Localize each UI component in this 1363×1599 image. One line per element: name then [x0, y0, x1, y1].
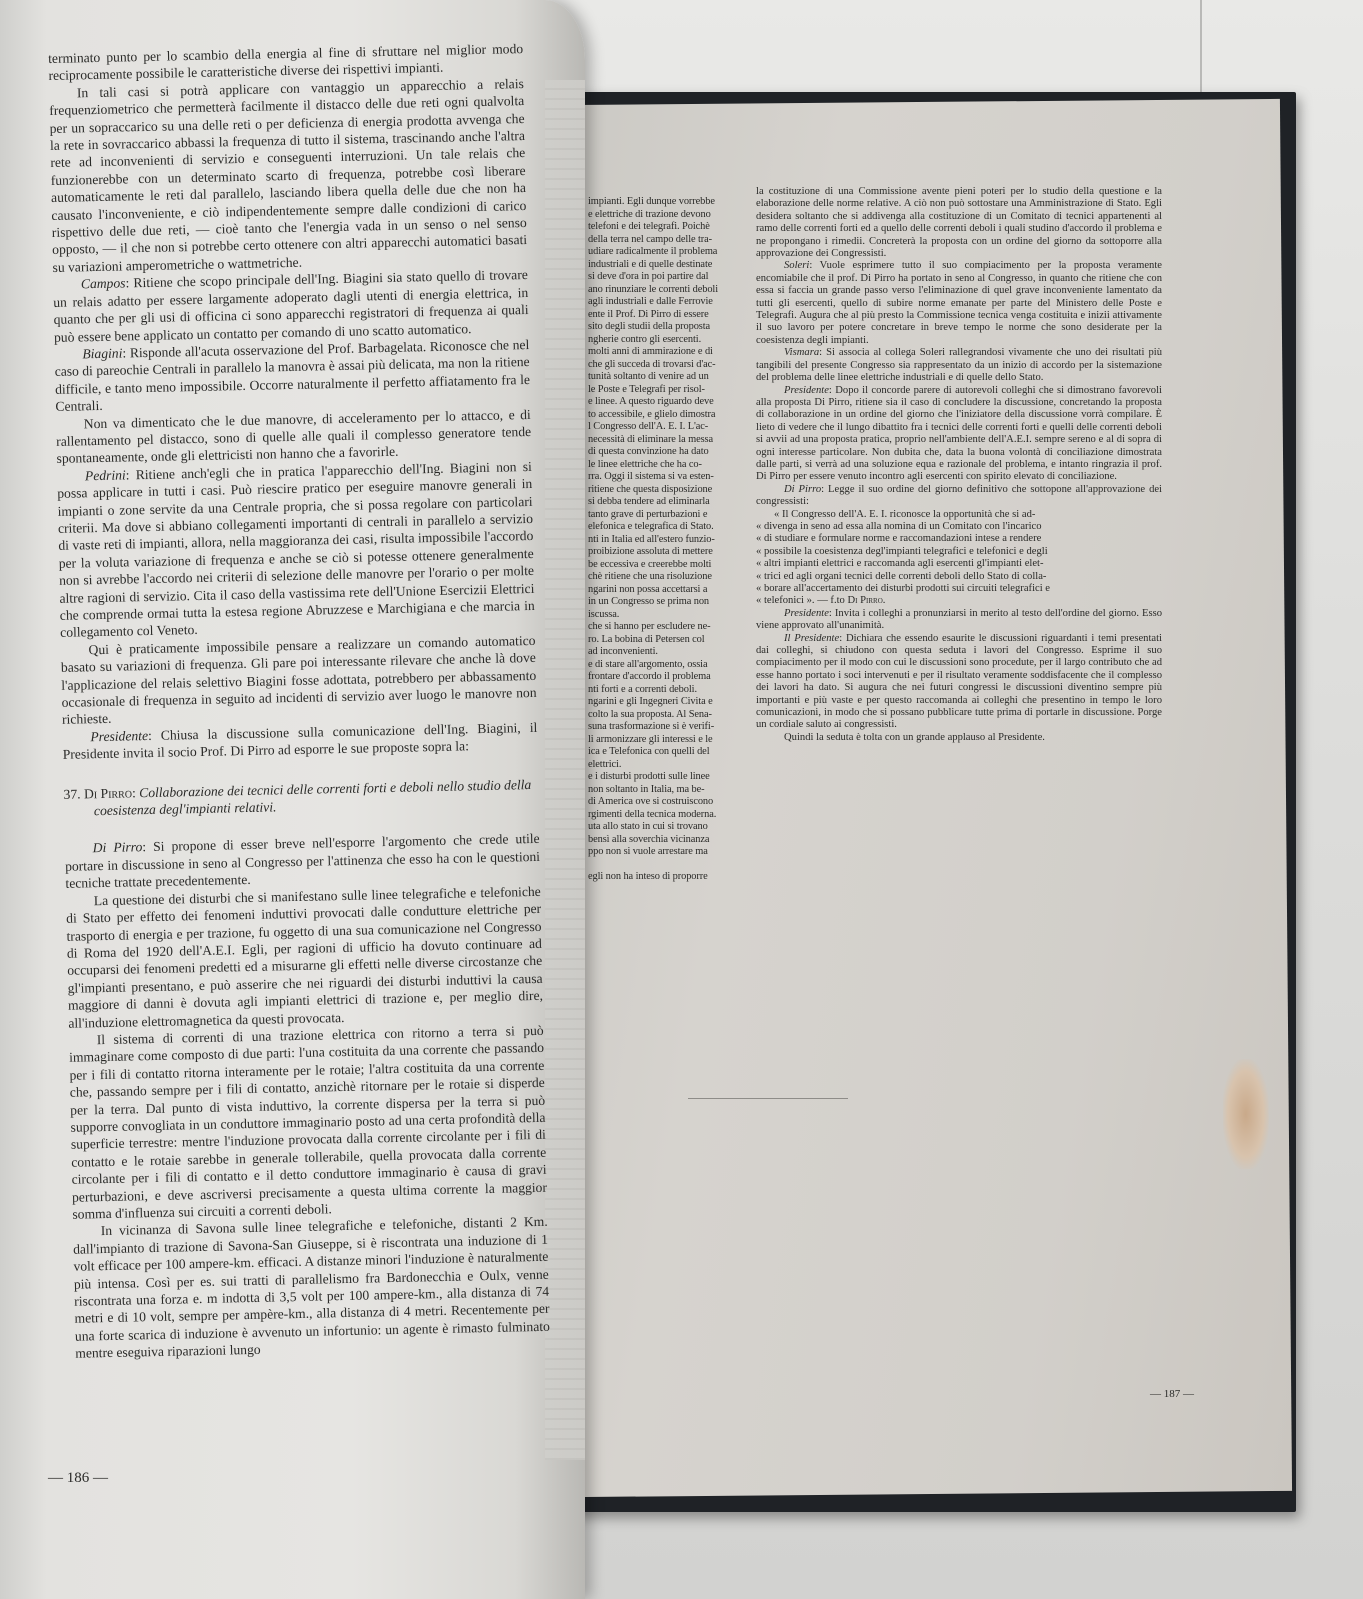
fragment-line: e elettriche di trazione devono — [588, 209, 756, 222]
paragraph: Campos: Ritiene che scopo principale del… — [53, 266, 529, 346]
fragment-line: non soltanto in Italia, ma be- — [588, 784, 756, 797]
fragment-line: necessità di eliminare la messa — [588, 434, 756, 447]
paragraph: Il Presidente: Dichiara che essendo esau… — [756, 633, 1162, 732]
fragment-line: le Poste e Telegrafi per risol- — [588, 384, 756, 397]
resolution-line: « possibile la coesistenza degl'impianti… — [756, 546, 1162, 558]
fragment-line: ngarini e gli Ingegneri Civita e — [588, 696, 756, 709]
middle-column-fragments: impianti. Egli dunque vorrebbee elettric… — [588, 196, 756, 883]
fragment-line: ica e Telefonica con quelli del — [588, 746, 756, 759]
section-number: 37. — [63, 786, 80, 801]
resolution-line: « trici ed agli organi tecnici delle cor… — [756, 571, 1162, 583]
resolution-line: « borare all'accertamento dei disturbi p… — [756, 583, 1162, 595]
paragraph-text: In vicinanza di Savona sulle linee teleg… — [73, 1214, 550, 1361]
fragment-line: ro. La bobina di Petersen col — [588, 634, 756, 647]
paragraph-text: Dopo il concorde parere di autorevoli co… — [756, 385, 1162, 483]
paragraph: Presidente: Invita i colleghi a pronunzi… — [756, 608, 1162, 633]
section-title: Collaborazione dei tecnici delle corrent… — [94, 777, 532, 819]
paragraph-text: Qui è praticamente impossibile pensare a… — [61, 633, 537, 728]
resolution-line: « Il Congresso dell'A. E. I. riconosce l… — [756, 509, 1162, 521]
fragment-line: to accessibile, e glielo dimostra — [588, 409, 756, 422]
fragment-line: ngherie contro gli esercenti. — [588, 334, 756, 347]
paragraph: Quindi la seduta è tolta con un grande a… — [756, 732, 1162, 744]
paragraph-text: Il sistema di correnti di una trazione e… — [69, 1023, 547, 1222]
section-author: Di Pirro: — [84, 785, 136, 801]
fragment-line: e di stare all'argomento, ossia — [588, 659, 756, 672]
fragment-line: iscussa. — [588, 609, 756, 622]
paragraph-text: Vuole esprimere tutto il suo compiacimen… — [756, 260, 1162, 345]
paragraph: Soleri: Vuole esprimere tutto il suo com… — [756, 260, 1162, 347]
fragment-line: colto la sua proposta. Al Sena- — [588, 709, 756, 722]
fragment-line: telefoni e dei telegrafi. Poichè — [588, 221, 756, 234]
paragraph: Il sistema di correnti di una trazione e… — [69, 1022, 548, 1223]
right-column: la costituzione di una Commissione avent… — [756, 186, 1162, 744]
section-divider — [688, 1098, 848, 1099]
paragraph: la costituzione di una Commissione avent… — [756, 186, 1162, 260]
paragraph-text: La questione dei disturbi che si manifes… — [66, 884, 543, 1031]
fragment-line: di questa convinzione ha dato — [588, 446, 756, 459]
paragraph: Pedrini: Ritiene anch'egli che in pratic… — [57, 458, 536, 642]
speaker-name: Di Pirro — [93, 840, 143, 856]
fragment-line: di America ove si costruiscono — [588, 796, 756, 809]
fragment-line: ano rinunziare le correnti deboli — [588, 284, 756, 297]
fragment-line: be eccessiva e creerebbe molti — [588, 559, 756, 572]
resolution-signature: Di Pirro. — [845, 595, 886, 606]
fragment-line: suna trasformazione si è verifi- — [588, 721, 756, 734]
right-column-body: la costituzione di una Commissione avent… — [756, 186, 1162, 509]
fragment-line: ente il Prof. Di Pirro di essere — [588, 309, 756, 322]
paragraph: La questione dei disturbi che si manifes… — [66, 883, 544, 1032]
speaker-name: Vismara — [784, 347, 819, 358]
fragment-line: chè ritiene che una risoluzione — [588, 571, 756, 584]
fragment-line: nti forti e a correnti deboli. — [588, 684, 756, 697]
left-column-body-after: Di Pirro: Si propone di esser breve nell… — [65, 830, 551, 1362]
speaker-name: Biagini — [82, 345, 122, 361]
fragment-line: della terra nel campo delle tra- — [588, 234, 756, 247]
fragment-line: molti anni di ammirazione e di — [588, 346, 756, 359]
fragment-line: e linee. A questo riguardo deve — [588, 396, 756, 409]
fragment-line: che gli succeda di trovarsi d'ac- — [588, 359, 756, 372]
paragraph-text: Risponde all'acuta osservazione del Prof… — [55, 337, 531, 414]
fragment-line: tunità soltanto di venire ad un — [588, 371, 756, 384]
fragment-line: ad inconvenienti. — [588, 646, 756, 659]
fragment-line: elettrici. — [588, 759, 756, 772]
fragment-line: che si hanno per escludere ne- — [588, 621, 756, 634]
paragraph-text: Dichiara che essendo esaurite le discuss… — [756, 633, 1162, 731]
fragment-line: bensì alla soverchia vicinanza — [588, 834, 756, 847]
paragraph: Vismara: Si associa al collega Soleri ra… — [756, 347, 1162, 384]
paragraph: In tali casi si potrà applicare con vant… — [49, 75, 528, 276]
fragment-line: le linee elettriche che ha co- — [588, 459, 756, 472]
speaker-name: Presidente — [784, 385, 829, 396]
paragraph-text: la costituzione di una Commissione avent… — [756, 186, 1162, 259]
resolution-line: « altri impianti elettrici e raccomanda … — [756, 558, 1162, 570]
fragment-line: in un Congresso se prima non — [588, 596, 756, 609]
fragment-line: ppo non si vuole arrestare ma — [588, 846, 756, 859]
closing-text: Presidente: Invita i colleghi a pronunzi… — [756, 608, 1162, 744]
left-column-body: terminato punto per lo scambio della ene… — [48, 40, 538, 763]
fragment-line: l Congresso dell'A. E. I. L'ac- — [588, 421, 756, 434]
paragraph: In vicinanza di Savona sulle linee teleg… — [73, 1213, 551, 1362]
paragraph-text: Quindi la seduta è tolta con un grande a… — [784, 732, 1045, 743]
fragment-line: proibizione assoluta di mettere — [588, 546, 756, 559]
fragment-line: rra. Oggi il sistema si va esten- — [588, 471, 756, 484]
section-heading: 37. Di Pirro: Collaborazione dei tecnici… — [63, 776, 539, 821]
fragment-line: uta allo stato in cui si trovano — [588, 821, 756, 834]
paragraph: Di Pirro: Legge il suo ordine del giorno… — [756, 484, 1162, 509]
left-column: terminato punto per lo scambio della ene… — [48, 40, 550, 1362]
fragment-line: ritiene che questa disposizione — [588, 484, 756, 497]
fragment-line: rgimenti della tecnica moderna. — [588, 809, 756, 822]
fragment-line: si debba tendere ad eliminarla — [588, 496, 756, 509]
fragment-line: agli industriali e dalle Ferrovie — [588, 296, 756, 309]
resolution-text: « Il Congresso dell'A. E. I. riconosce l… — [756, 509, 1162, 608]
fragment-line: egli non ha inteso di proporre — [588, 871, 756, 884]
fragment-line: frontare d'accordo il problema — [588, 671, 756, 684]
fragment-line: li armonizzare gli interessi e le — [588, 734, 756, 747]
fragment-line: e i disturbi prodotti sulle linee — [588, 771, 756, 784]
speaker-name: Presidente — [90, 728, 148, 744]
fragment-line: industriali e di quelle destinate — [588, 259, 756, 272]
fragment-line: si deve d'ora in poi partire dal — [588, 271, 756, 284]
fragment-line: udiare radicalmente il problema — [588, 246, 756, 259]
paragraph: Presidente: Dopo il concorde parere di a… — [756, 385, 1162, 484]
speaker-name: Campos — [81, 276, 126, 292]
paragraph: Biagini: Risponde all'acuta osservazione… — [54, 336, 530, 416]
fragment-line — [588, 859, 756, 871]
resolution-line: « telefonici ». — f.to Di Pirro. — [756, 595, 1162, 607]
paragraph-text: Non va dimenticato che le due manovre, d… — [56, 407, 531, 467]
paragraph: Qui è praticamente impossibile pensare a… — [60, 632, 537, 729]
fragment-line: nti in Italia ed all'estero funzio- — [588, 534, 756, 547]
speaker-name: Di Pirro — [784, 484, 821, 495]
speaker-name: Il Presidente — [784, 633, 839, 644]
speaker-name: Pedrini — [85, 467, 126, 483]
page-number-right: — 187 — — [1150, 1388, 1194, 1400]
page-edges — [545, 80, 585, 1460]
paragraph-text: Ritiene anch'egli che in pratica l'appar… — [57, 459, 535, 641]
paragraph-text: In tali casi si potrà applicare con vant… — [49, 76, 527, 275]
speaker-name: Presidente — [784, 608, 829, 619]
speaker-name: Soleri — [784, 260, 809, 271]
fragment-line: tanto grave di perturbazioni e — [588, 509, 756, 522]
paper-damage — [1222, 1059, 1269, 1169]
fragment-line: elefonica e telegrafica di Stato. — [588, 521, 756, 534]
fragment-line: impianti. Egli dunque vorrebbe — [588, 196, 756, 209]
resolution-line: « divenga in seno ad essa alla nomina di… — [756, 521, 1162, 533]
fragment-line: ngarini non possa accettarsi a — [588, 584, 756, 597]
surface-seam — [1200, 0, 1202, 95]
fragment-line: sito degli studii della proposta — [588, 321, 756, 334]
resolution-line: « di studiare e formulare norme e raccom… — [756, 533, 1162, 545]
page-number-left: — 186 — — [48, 1470, 108, 1487]
